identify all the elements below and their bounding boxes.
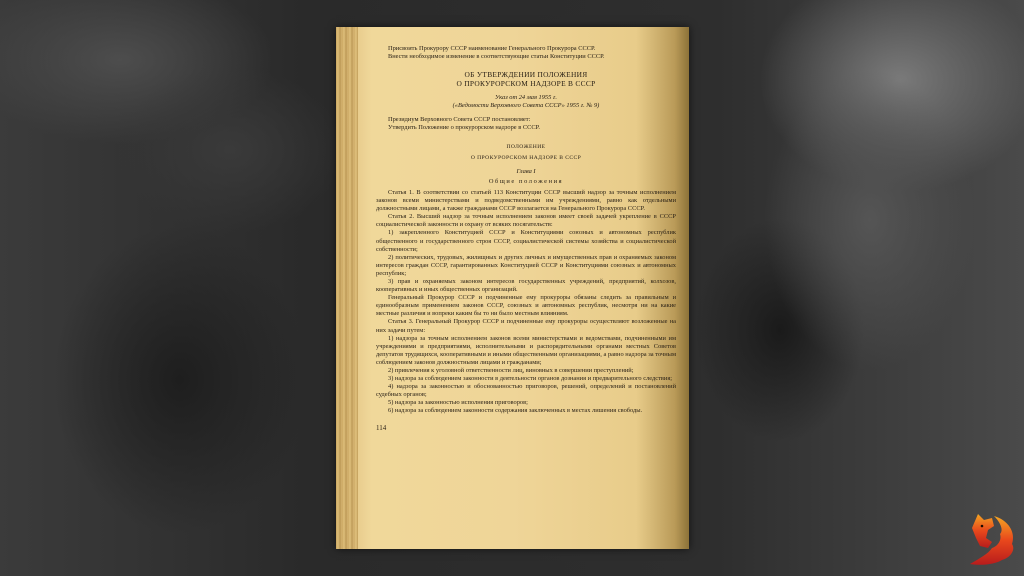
presidium-resolution: Утвердить Положение о прокурорском надзо… <box>376 124 676 132</box>
document-page: Присвоить Прокурору СССР наименование Ге… <box>336 27 689 549</box>
decree-date: Указ от 24 мая 1955 г. <box>376 94 676 102</box>
article-paragraph: Генеральный Прокурор СССР и подчиненные … <box>376 294 676 318</box>
decree-source: («Ведомости Верховного Совета СССР» 1955… <box>376 102 676 110</box>
article-paragraph: 5) надзора за законностью исполнения при… <box>376 399 676 407</box>
article-paragraph: 4) надзора за законностью и обоснованнос… <box>376 383 676 399</box>
article-paragraph: 2) политических, трудовых, жилищных и др… <box>376 254 676 278</box>
intro-paragraph: Внести необходимое изменение в соответст… <box>376 53 676 61</box>
book-spine <box>336 27 358 549</box>
article-paragraph: Статья 2. Высший надзор за точным исполн… <box>376 213 676 229</box>
decree-title-line1: ОБ УТВЕРЖДЕНИИ ПОЛОЖЕНИЯ <box>376 70 676 79</box>
intro-paragraph: Присвоить Прокурору СССР наименование Ге… <box>376 45 676 53</box>
article-paragraph: 3) прав и охраняемых законом интересов г… <box>376 278 676 294</box>
page-number: 114 <box>376 424 676 432</box>
section-title: ПОЛОЖЕНИЕ <box>376 143 676 151</box>
article-paragraph: 1) закрепленного Конституцией СССР и Кон… <box>376 229 676 253</box>
decree-title-line2: О ПРОКУРОРСКОМ НАДЗОРЕ В СССР <box>376 79 676 88</box>
chapter-title: Общие положения <box>376 178 676 186</box>
chapter-number: Глава I <box>376 168 676 176</box>
article-paragraph: Статья 1. В соответствии со статьей 113 … <box>376 189 676 213</box>
article-paragraph: 3) надзора за соблюдением законности в д… <box>376 375 676 383</box>
section-subtitle: О ПРОКУРОРСКОМ НАДЗОРЕ В СССР <box>376 154 676 162</box>
article-paragraph: 6) надзора за соблюдением законности сод… <box>376 407 676 415</box>
page-content: Присвоить Прокурору СССР наименование Ге… <box>376 45 676 432</box>
article-paragraph: Статья 3. Генеральный Прокурор СССР и по… <box>376 318 676 334</box>
fire-horse-logo-icon <box>958 508 1020 570</box>
article-paragraph: 1) надзора за точным исполнением законов… <box>376 335 676 367</box>
article-paragraph: 2) привлечения к уголовной ответственнос… <box>376 367 676 375</box>
presidium-line: Президиум Верховного Совета СССР постано… <box>376 116 676 124</box>
